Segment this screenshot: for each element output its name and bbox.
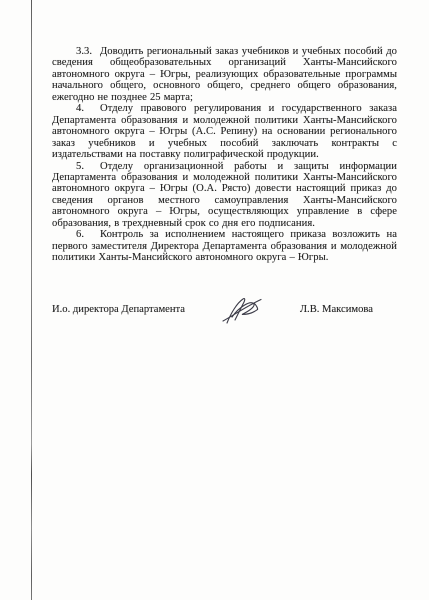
paragraph-text: Отделу правового регулирования и государ… [52,103,397,160]
paragraph-text: Контроль за исполнением настоящего прика… [52,229,397,263]
paragraph-number: 6. [76,229,100,240]
signer-role: И.о. директора Департамента [52,304,185,315]
document-page: 3.3.Доводить региональный заказ учебнико… [0,0,429,600]
handwritten-signature-icon [220,296,268,326]
document-body: 3.3.Доводить региональный заказ учебнико… [52,46,397,264]
signer-name: Л.В. Максимова [300,304,397,315]
paragraph-text: Доводить региональный заказ учебников и … [52,46,397,103]
paragraph-3-3: 3.3.Доводить региональный заказ учебнико… [52,46,397,103]
paragraph-number: 3.3. [76,46,100,57]
paragraph-4: 4.Отделу правового регулирования и госуд… [52,103,397,160]
paragraph-number: 5. [76,161,100,172]
paragraph-6: 6.Контроль за исполнением настоящего при… [52,229,397,263]
scan-edge-line [31,0,32,600]
paragraph-text: Отделу организационной работы и защиты и… [52,161,397,229]
paragraph-5: 5.Отделу организационной работы и защиты… [52,161,397,230]
paragraph-number: 4. [76,103,100,114]
